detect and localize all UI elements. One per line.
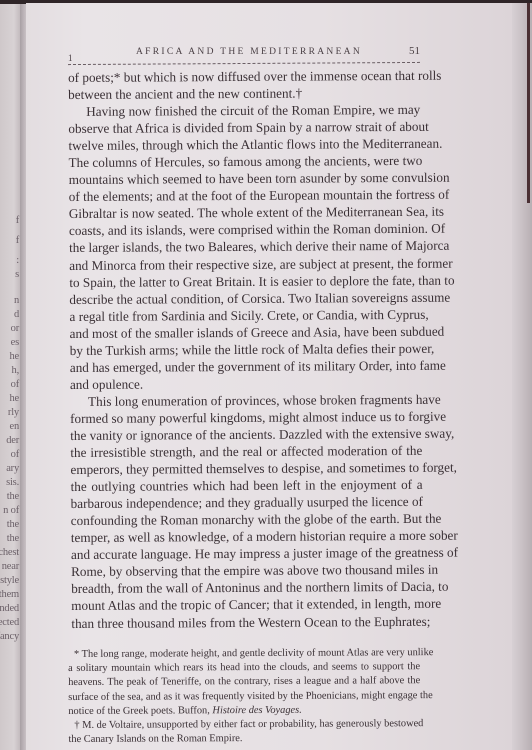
footnotes: * The long range, moderate height, and g… — [68, 646, 421, 747]
previous-page-text-fragment: : — [16, 254, 19, 267]
footnote-asterisk: * The long range, moderate height, and g… — [68, 646, 420, 719]
previous-page-text-fragment: n — [14, 294, 19, 307]
text-line: barbarous independence; and they gradual… — [71, 493, 423, 512]
text-line: between the ancient and the new continen… — [68, 84, 420, 103]
running-head-mark: 1 — [68, 53, 75, 63]
previous-page-text-fragment: n of — [3, 504, 19, 517]
previous-page-text-fragment: en — [9, 420, 19, 433]
footnote-text: notice of the Greek poets. Buffon, — [68, 705, 212, 717]
previous-page-text-fragment: them — [0, 588, 19, 601]
text-line: by the Turkish arms; while the little ro… — [70, 340, 422, 359]
previous-page-text-fragment: the — [7, 490, 19, 503]
previous-page-text-fragment: d — [14, 308, 19, 321]
previous-page-text-fragment: rly — [8, 406, 19, 419]
running-head: 1 AFRICA AND THE MEDITERRANEAN 51 — [68, 45, 420, 63]
book-photo: ff:sndoresheh,ofherlyenderofarysis.then … — [0, 0, 532, 750]
paragraph-start-line: This long enumeration of provinces, whos… — [70, 391, 422, 410]
footnote-line: † M. de Voltaire, unsupported by either … — [68, 717, 420, 733]
text-line: temper, as well as knowledge, of a moder… — [71, 527, 423, 546]
text-line: the irresistible strength, and the real … — [70, 442, 422, 461]
text-line: and has emerged, under the government of… — [70, 357, 422, 376]
text-line: the outlying countries which had been le… — [70, 476, 422, 495]
text-line: describe the actual condition, of Corsic… — [69, 288, 421, 307]
paragraph-start-line: Having now finished the circuit of the R… — [68, 101, 420, 120]
text-line: twelve miles, through which the Atlantic… — [68, 135, 420, 154]
text-line: breadth, from the wall of Antoninus and … — [71, 578, 423, 597]
text-line: and accurate language. He may impress a … — [71, 544, 423, 563]
previous-page-text-fragment: f — [16, 214, 19, 227]
text-line: formed so many powerful kingdoms, might … — [70, 408, 422, 427]
body-text: of poets;* but which is now diffused ove… — [68, 67, 423, 632]
previous-page-text-fragment: the — [7, 532, 19, 545]
text-line: coasts, and its islands, were comprised … — [69, 220, 421, 239]
footnote-dagger: † M. de Voltaire, unsupported by either … — [68, 717, 420, 747]
text-line: the larger islands, the two Baleares, wh… — [69, 237, 421, 256]
previous-page-text-fragment: s — [15, 268, 19, 281]
footnote-line: notice of the Greek poets. Buffon, Histo… — [68, 703, 420, 719]
previous-page-edge: ff:sndoresheh,ofherlyenderofarysis.then … — [0, 4, 20, 750]
footnote-line: the Canary Islands on the Roman Empire. — [68, 731, 420, 747]
text-line: than three thousand miles from the Weste… — [71, 612, 423, 631]
text-line: the vanity or ignorance of the ancients.… — [70, 425, 422, 444]
previous-page-text-fragment: of — [11, 448, 19, 461]
text-line: observe that Africa is divided from Spai… — [68, 118, 420, 137]
running-head-title: AFRICA AND THE MEDITERRANEAN — [136, 47, 362, 57]
previous-page-text-fragment: h, — [12, 364, 19, 377]
text-line: of the elements; and at the foot of the … — [69, 186, 421, 205]
text-line: and opulence. — [70, 374, 422, 393]
footnote-line: * The long range, moderate height, and g… — [68, 646, 420, 662]
text-line: and Minorca from their respective size, … — [69, 254, 421, 273]
previous-page-text-fragment: or — [11, 322, 19, 335]
previous-page-text-fragment: sis. — [6, 476, 19, 489]
text-line: a regal title from Sardinia and Sicily. … — [69, 306, 421, 325]
text-line: and most of the smaller islands of Greec… — [70, 323, 422, 342]
text-line: to Spain, the latter to Great Britain. I… — [69, 271, 421, 290]
previous-page-text-fragment: chest — [0, 546, 19, 559]
previous-page-text-fragment: style — [0, 574, 19, 587]
footnote-line: a solitary mountain which rears its head… — [68, 660, 420, 676]
text-line: Rome, by observing that the empire was a… — [71, 561, 423, 580]
previous-page-text-fragment: es — [11, 336, 19, 349]
footnote-line: surface of the sea, and as it was freque… — [68, 688, 420, 704]
previous-page-text-fragment: near — [2, 560, 19, 573]
previous-page-text-fragment: the — [7, 518, 19, 531]
text-line: confounding the Roman monarchy with the … — [71, 510, 423, 529]
page-content: 1 AFRICA AND THE MEDITERRANEAN 51 of poe… — [68, 45, 420, 747]
text-line: The columns of Hercules, so famous among… — [69, 152, 421, 171]
citation-title: Histoire des Voyages. — [212, 704, 301, 715]
previous-page-text-fragment: nded — [0, 602, 19, 615]
footnote-line: heavens. The peak of Teneriffe, on the c… — [68, 674, 420, 690]
previous-page-text-fragment: der — [6, 434, 19, 447]
page-stack-edge — [512, 3, 532, 750]
text-line: mount Atlas and the tropic of Cancer; th… — [71, 595, 423, 614]
previous-page-text-fragment: of — [11, 378, 19, 391]
previous-page-text-fragment: ary — [6, 462, 19, 475]
previous-page-text-fragment: he — [9, 350, 19, 363]
previous-page-text-fragment: fancy — [0, 630, 19, 643]
text-line: Gibraltar is now seated. The whole exten… — [69, 203, 421, 222]
previous-page-text-fragment: f — [16, 234, 19, 247]
text-line: emperors, they permitted themselves to d… — [70, 459, 422, 478]
previous-page-text-fragment: he — [9, 392, 19, 405]
text-line: of poets;* but which is now diffused ove… — [68, 67, 420, 86]
text-line: mountains which seemed to have been torn… — [69, 169, 421, 188]
page-number: 51 — [409, 45, 420, 57]
previous-page-text-fragment: ected — [0, 616, 19, 629]
